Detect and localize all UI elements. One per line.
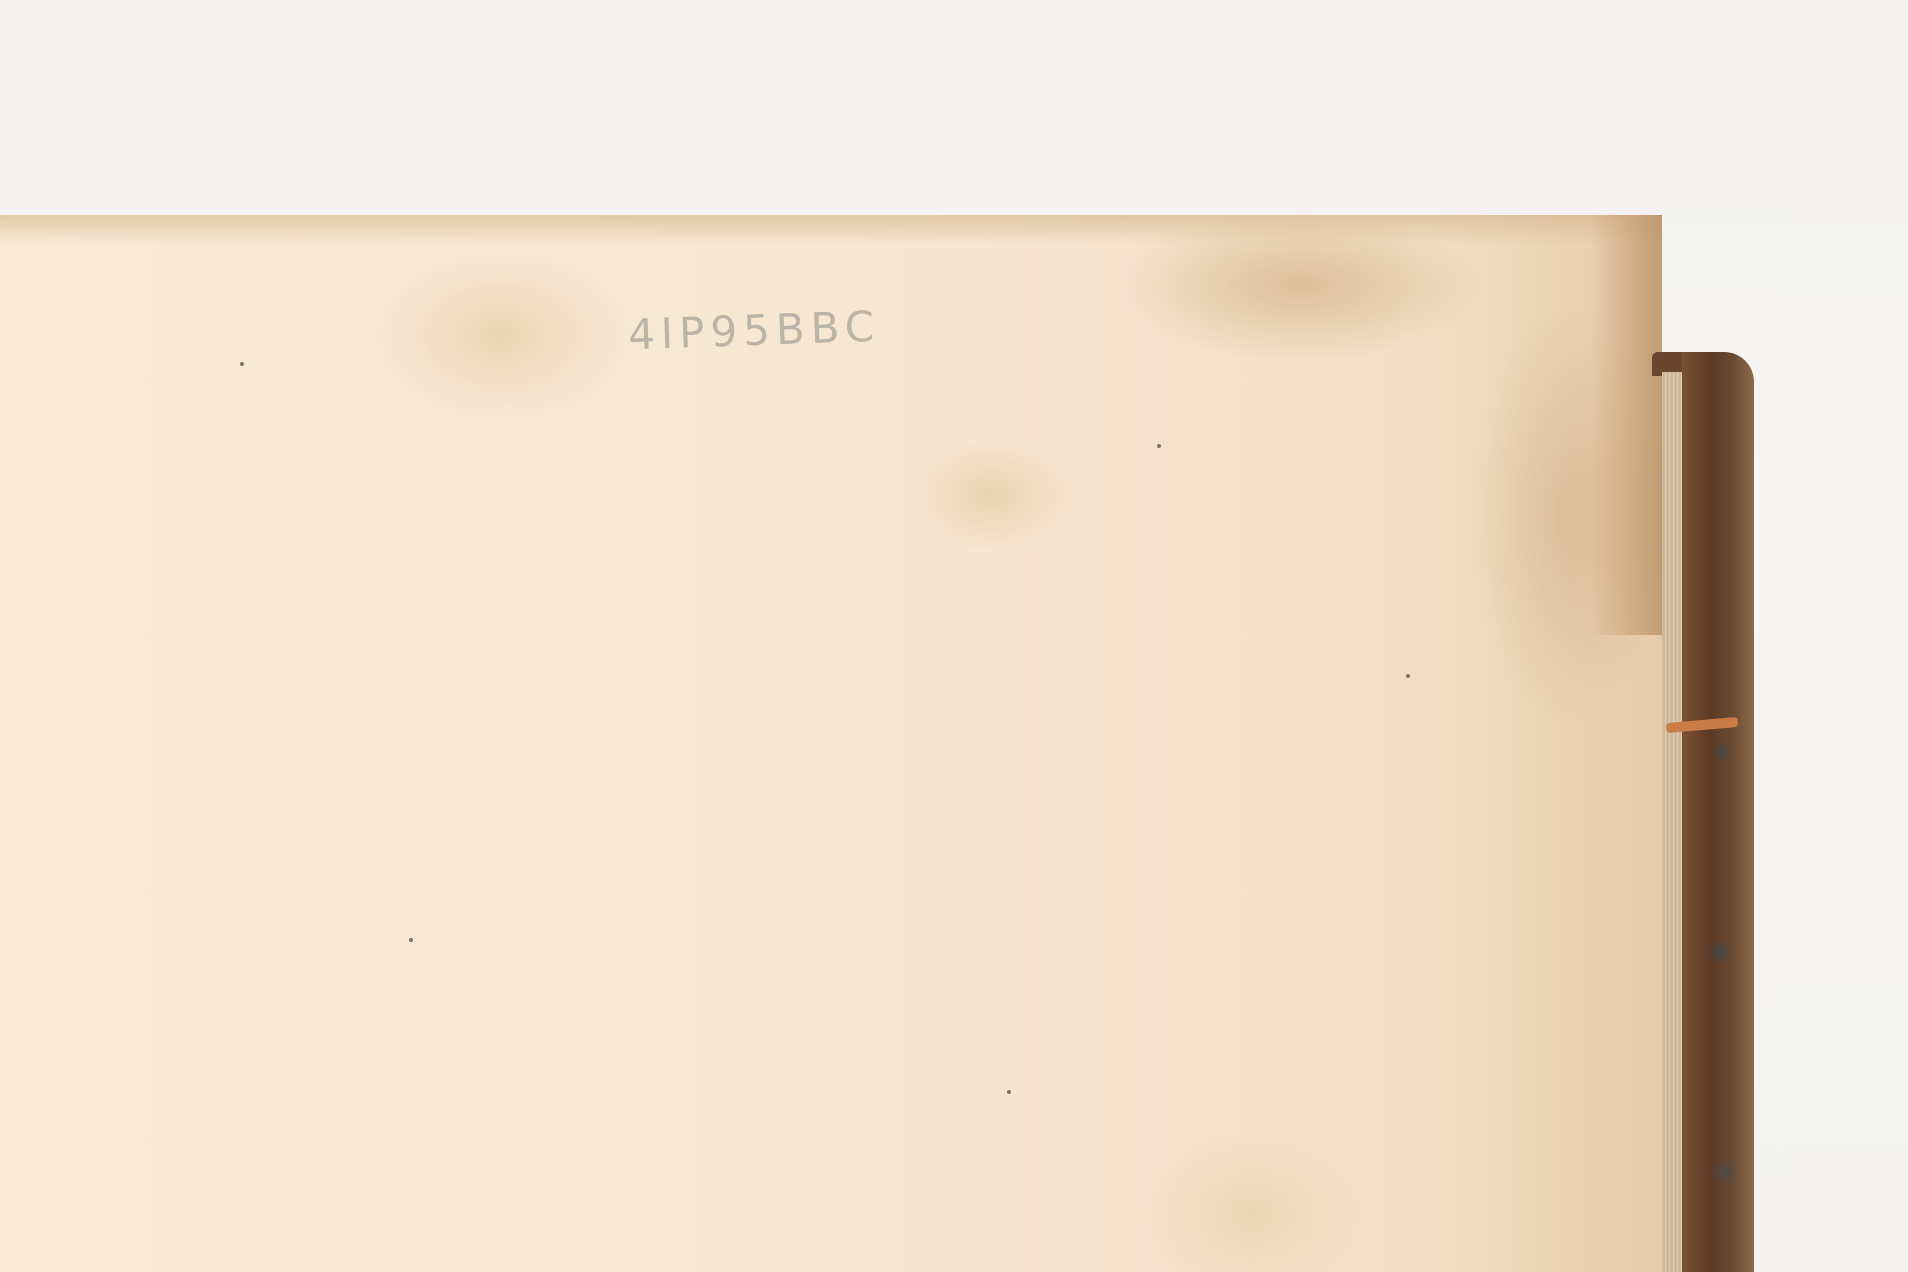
page-block-edge <box>1662 372 1682 1272</box>
foxing-spot <box>240 362 244 366</box>
book-cover-edge <box>1682 352 1754 1272</box>
foxing-spot <box>1007 1090 1011 1094</box>
foxing-spot <box>1406 674 1410 678</box>
foxing-spot <box>1157 444 1161 448</box>
water-stain-edge <box>1590 215 1662 635</box>
pencil-shelfmark: 4IP95BBC <box>627 302 881 360</box>
foxing-spot <box>409 938 413 942</box>
book-endpaper <box>0 215 1662 1272</box>
photo-scene: 4IP95BBC <box>0 0 1908 1272</box>
page-top-edge-stain <box>0 215 1662 245</box>
